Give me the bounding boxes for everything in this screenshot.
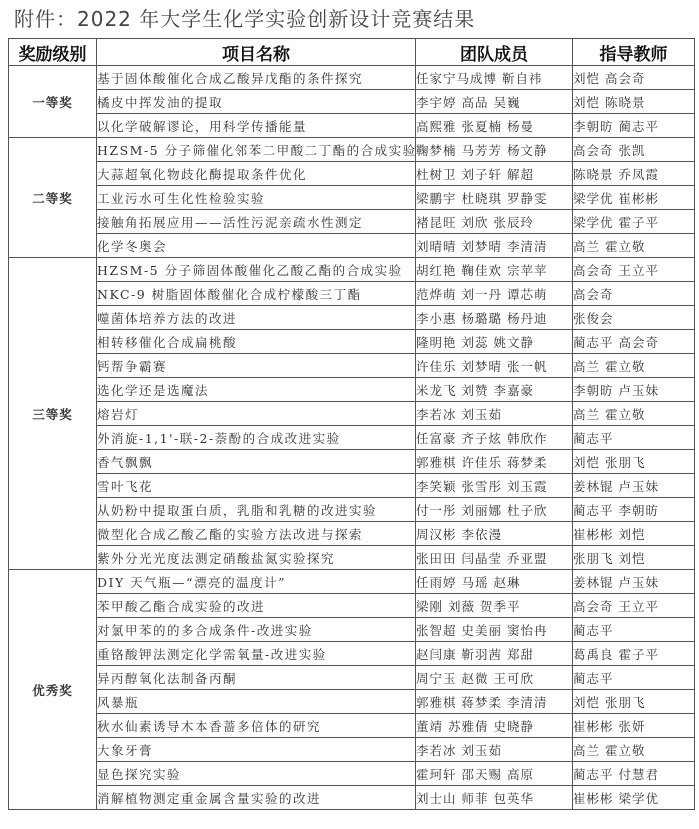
table-row: 化学冬奥会刘晴晴 刘梦晴 李清清高兰 霍立敬 <box>9 234 695 258</box>
table-row: 雪叶飞花李笑颖 张雪彤 刘玉霞姜林锟 卢玉妹 <box>9 474 695 498</box>
project-name-cell: 化学冬奥会 <box>97 234 416 258</box>
team-members-cell: 任雨婷 马瑶 赵琳 <box>416 570 573 594</box>
team-members-cell: 郭雅棋 蒋梦柔 李清清 <box>416 690 573 714</box>
header-team-members: 团队成员 <box>416 39 573 66</box>
award-level-cell: 三等奖 <box>9 258 97 570</box>
table-row: 微型化合成乙酸乙酯的实验方法改进与探索周汉彬 李依漫崔彬彬 刘恺 <box>9 522 695 546</box>
award-level-cell: 一等奖 <box>9 66 97 138</box>
project-name-cell: 橘皮中挥发油的提取 <box>97 90 416 114</box>
team-members-cell: 李若冰 刘玉茹 <box>416 738 573 762</box>
table-row: 从奶粉中提取蛋白质，乳脂和乳糖的改进实验付一彤 刘丽娜 杜子欣蔺志平 李朝昉 <box>9 498 695 522</box>
table-row: 重铬酸钾法测定化学需氧量-改进实验赵闫康 靳羽茜 郑甜葛禹良 霍子平 <box>9 642 695 666</box>
project-name-cell: HZSM-5 分子筛固体酸催化乙酸乙酯的合成实验 <box>97 258 416 282</box>
project-name-cell: 紫外分光光度法测定硝酸盐氮实验探究 <box>97 546 416 570</box>
table-row: 橘皮中挥发油的提取李宇婷 高品 吴巍刘恺 陈晓景 <box>9 90 695 114</box>
team-members-cell: 鞠梦楠 马芳芳 杨文静 <box>416 138 573 162</box>
team-members-cell: 任家宁马成博 靳自祎 <box>416 66 573 90</box>
team-members-cell: 范烨萌 刘一丹 谭芯萌 <box>416 282 573 306</box>
project-name-cell: 基于固体酸催化合成乙酸异戊酯的条件探究 <box>97 66 416 90</box>
project-name-cell: 苯甲酸乙酯合成实验的改进 <box>97 594 416 618</box>
advisors-cell: 高兰 霍立敬 <box>573 738 695 762</box>
table-row: 选化学还是选魔法米龙飞 刘赞 李嘉豪李朝昉 卢玉妹 <box>9 378 695 402</box>
project-name-cell: 风暴瓶 <box>97 690 416 714</box>
advisors-cell: 李朝昉 卢玉妹 <box>573 378 695 402</box>
team-members-cell: 李宇婷 高品 吴巍 <box>416 90 573 114</box>
table-row: 优秀奖DIY 天气瓶—“漂亮的温度计”任雨婷 马瑶 赵琳姜林锟 卢玉妹 <box>9 570 695 594</box>
project-name-cell: 熔岩灯 <box>97 402 416 426</box>
table-row: 消解植物测定重金属含量实验的改进刘士山 师菲 包英华崔彬彬 梁学优 <box>9 786 695 810</box>
table-row: 一等奖基于固体酸催化合成乙酸异戊酯的条件探究任家宁马成博 靳自祎刘恺 高会奇 <box>9 66 695 90</box>
project-name-cell: 以化学破解谬论，用科学传播能量 <box>97 114 416 138</box>
project-name-cell: NKC-9 树脂固体酸催化合成柠檬酸三丁酯 <box>97 282 416 306</box>
project-name-cell: 秋水仙素诱导木本香蔷多倍体的研究 <box>97 714 416 738</box>
project-name-cell: 异丙醇氧化法制备丙酮 <box>97 666 416 690</box>
team-members-cell: 张田田 闫晶莹 乔亚盟 <box>416 546 573 570</box>
team-members-cell: 李笑颖 张雪彤 刘玉霞 <box>416 474 573 498</box>
table-row: 熔岩灯李若冰 刘玉茹高兰 霍立敬 <box>9 402 695 426</box>
advisors-cell: 梁学优 崔彬彬 <box>573 186 695 210</box>
project-name-cell: 重铬酸钾法测定化学需氧量-改进实验 <box>97 642 416 666</box>
header-row: 奖励级别 项目名称 团队成员 指导教师 <box>9 39 695 66</box>
team-members-cell: 李小惠 杨璐璐 杨丹迪 <box>416 306 573 330</box>
advisors-cell: 刘恺 高会奇 <box>573 66 695 90</box>
advisors-cell: 崔彬彬 梁学优 <box>573 786 695 810</box>
award-level-cell: 二等奖 <box>9 138 97 258</box>
project-name-cell: 显色探究实验 <box>97 762 416 786</box>
project-name-cell: DIY 天气瓶—“漂亮的温度计” <box>97 570 416 594</box>
project-name-cell: 微型化合成乙酸乙酯的实验方法改进与探索 <box>97 522 416 546</box>
team-members-cell: 刘晴晴 刘梦晴 李清清 <box>416 234 573 258</box>
team-members-cell: 米龙飞 刘赞 李嘉豪 <box>416 378 573 402</box>
header-project-name: 项目名称 <box>97 39 416 66</box>
project-name-cell: 外消旋-1,1'-联-2-萘酚的合成改进实验 <box>97 426 416 450</box>
advisors-cell: 高会奇 张凯 <box>573 138 695 162</box>
advisors-cell: 陈晓景 乔凤霞 <box>573 162 695 186</box>
table-row: 外消旋-1,1'-联-2-萘酚的合成改进实验任富豪 齐子炫 韩欣作蔺志平 <box>9 426 695 450</box>
table-row: 显色探究实验霍珂轩 邵天赐 高原蔺志平 付慧君 <box>9 762 695 786</box>
advisors-cell: 高会奇 王立平 <box>573 594 695 618</box>
table-row: 以化学破解谬论，用科学传播能量高熙雅 张夏楠 杨曼李朝昉 蔺志平 <box>9 114 695 138</box>
table-row: 接触角拓展应用——活性污泥亲疏水性测定褚昆旺 刘欣 张辰玲梁学优 霍子平 <box>9 210 695 234</box>
team-members-cell: 李若冰 刘玉茹 <box>416 402 573 426</box>
advisors-cell: 蔺志平 <box>573 618 695 642</box>
team-members-cell: 刘士山 师菲 包英华 <box>416 786 573 810</box>
table-row: 对氯甲苯的的多合成条件-改进实验张智超 史美丽 窦怡冉蔺志平 <box>9 618 695 642</box>
table-row: 大象牙膏李若冰 刘玉茹高兰 霍立敬 <box>9 738 695 762</box>
advisors-cell: 高会奇 王立平 <box>573 258 695 282</box>
team-members-cell: 高熙雅 张夏楠 杨曼 <box>416 114 573 138</box>
team-members-cell: 胡红艳 鞠佳欢 宗苹苹 <box>416 258 573 282</box>
advisors-cell: 高兰 霍立敬 <box>573 402 695 426</box>
team-members-cell: 隆明艳 刘蕊 姚文静 <box>416 330 573 354</box>
team-members-cell: 杜树卫 刘子轩 解超 <box>416 162 573 186</box>
table-row: 风暴瓶郭雅棋 蒋梦柔 李清清刘恺 张朋飞 <box>9 690 695 714</box>
advisors-cell: 蔺志平 高会奇 <box>573 330 695 354</box>
results-table: 奖励级别 项目名称 团队成员 指导教师 一等奖基于固体酸催化合成乙酸异戊酯的条件… <box>8 38 695 810</box>
advisors-cell: 刘恺 张朋飞 <box>573 450 695 474</box>
advisors-cell: 蔺志平 付慧君 <box>573 762 695 786</box>
project-name-cell: 大蒜超氧化物歧化酶提取条件优化 <box>97 162 416 186</box>
team-members-cell: 霍珂轩 邵天赐 高原 <box>416 762 573 786</box>
team-members-cell: 董靖 苏雅倩 史晓静 <box>416 714 573 738</box>
award-level-cell: 优秀奖 <box>9 570 97 810</box>
team-members-cell: 赵闫康 靳羽茜 郑甜 <box>416 642 573 666</box>
team-members-cell: 周宁玉 赵微 王可欣 <box>416 666 573 690</box>
table-row: 香气飘飘郭雅棋 许佳乐 蒋梦柔刘恺 张朋飞 <box>9 450 695 474</box>
table-row: NKC-9 树脂固体酸催化合成柠檬酸三丁酯范烨萌 刘一丹 谭芯萌高会奇 <box>9 282 695 306</box>
advisors-cell: 崔彬彬 张妍 <box>573 714 695 738</box>
team-members-cell: 周汉彬 李依漫 <box>416 522 573 546</box>
advisors-cell: 张俊会 <box>573 306 695 330</box>
advisors-cell: 高兰 霍立敬 <box>573 354 695 378</box>
advisors-cell: 高会奇 <box>573 282 695 306</box>
team-members-cell: 许佳乐 刘梦晴 张一帆 <box>416 354 573 378</box>
project-name-cell: HZSM-5 分子筛催化邻苯二甲酸二丁酯的合成实验 <box>97 138 416 162</box>
advisors-cell: 李朝昉 蔺志平 <box>573 114 695 138</box>
project-name-cell: 从奶粉中提取蛋白质，乳脂和乳糖的改进实验 <box>97 498 416 522</box>
table-row: 秋水仙素诱导木本香蔷多倍体的研究董靖 苏雅倩 史晓静崔彬彬 张妍 <box>9 714 695 738</box>
table-row: 三等奖HZSM-5 分子筛固体酸催化乙酸乙酯的合成实验胡红艳 鞠佳欢 宗苹苹高会… <box>9 258 695 282</box>
team-members-cell: 付一彤 刘丽娜 杜子欣 <box>416 498 573 522</box>
advisors-cell: 梁学优 霍子平 <box>573 210 695 234</box>
project-name-cell: 消解植物测定重金属含量实验的改进 <box>97 786 416 810</box>
table-row: 工业污水可生化性检验实验梁鹏宇 杜晓琪 罗静雯梁学优 崔彬彬 <box>9 186 695 210</box>
team-members-cell: 梁鹏宇 杜晓琪 罗静雯 <box>416 186 573 210</box>
header-award-level: 奖励级别 <box>9 39 97 66</box>
project-name-cell: 接触角拓展应用——活性污泥亲疏水性测定 <box>97 210 416 234</box>
project-name-cell: 相转移催化合成扁桃酸 <box>97 330 416 354</box>
table-row: 紫外分光光度法测定硝酸盐氮实验探究张田田 闫晶莹 乔亚盟张朋飞 刘恺 <box>9 546 695 570</box>
project-name-cell: 雪叶飞花 <box>97 474 416 498</box>
team-members-cell: 褚昆旺 刘欣 张辰玲 <box>416 210 573 234</box>
table-row: 相转移催化合成扁桃酸隆明艳 刘蕊 姚文静蔺志平 高会奇 <box>9 330 695 354</box>
table-row: 异丙醇氧化法制备丙酮周宁玉 赵微 王可欣蔺志平 <box>9 666 695 690</box>
advisors-cell: 刘恺 陈晓景 <box>573 90 695 114</box>
team-members-cell: 张智超 史美丽 窦怡冉 <box>416 618 573 642</box>
project-name-cell: 对氯甲苯的的多合成条件-改进实验 <box>97 618 416 642</box>
advisors-cell: 崔彬彬 刘恺 <box>573 522 695 546</box>
project-name-cell: 大象牙膏 <box>97 738 416 762</box>
advisors-cell: 姜林锟 卢玉妹 <box>573 570 695 594</box>
results-body: 一等奖基于固体酸催化合成乙酸异戊酯的条件探究任家宁马成博 靳自祎刘恺 高会奇橘皮… <box>9 66 695 810</box>
advisors-cell: 刘恺 张朋飞 <box>573 690 695 714</box>
advisors-cell: 张朋飞 刘恺 <box>573 546 695 570</box>
advisors-cell: 蔺志平 李朝昉 <box>573 498 695 522</box>
project-name-cell: 工业污水可生化性检验实验 <box>97 186 416 210</box>
advisors-cell: 蔺志平 <box>573 426 695 450</box>
table-row: 苯甲酸乙酯合成实验的改进梁刚 刘薇 贺季平高会奇 王立平 <box>9 594 695 618</box>
team-members-cell: 郭雅棋 许佳乐 蒋梦柔 <box>416 450 573 474</box>
project-name-cell: 钙帮争霸赛 <box>97 354 416 378</box>
advisors-cell: 蔺志平 <box>573 666 695 690</box>
table-row: 噬菌体培养方法的改进李小惠 杨璐璐 杨丹迪张俊会 <box>9 306 695 330</box>
advisors-cell: 高兰 霍立敬 <box>573 234 695 258</box>
table-row: 二等奖HZSM-5 分子筛催化邻苯二甲酸二丁酯的合成实验鞠梦楠 马芳芳 杨文静高… <box>9 138 695 162</box>
table-row: 大蒜超氧化物歧化酶提取条件优化杜树卫 刘子轩 解超陈晓景 乔凤霞 <box>9 162 695 186</box>
advisors-cell: 葛禹良 霍子平 <box>573 642 695 666</box>
document-title: 附件：2022 年大学生化学实验创新设计竞赛结果 <box>14 3 475 32</box>
project-name-cell: 噬菌体培养方法的改进 <box>97 306 416 330</box>
project-name-cell: 选化学还是选魔法 <box>97 378 416 402</box>
team-members-cell: 梁刚 刘薇 贺季平 <box>416 594 573 618</box>
advisors-cell: 姜林锟 卢玉妹 <box>573 474 695 498</box>
header-advisors: 指导教师 <box>573 39 695 66</box>
project-name-cell: 香气飘飘 <box>97 450 416 474</box>
team-members-cell: 任富豪 齐子炫 韩欣作 <box>416 426 573 450</box>
table-row: 钙帮争霸赛许佳乐 刘梦晴 张一帆高兰 霍立敬 <box>9 354 695 378</box>
